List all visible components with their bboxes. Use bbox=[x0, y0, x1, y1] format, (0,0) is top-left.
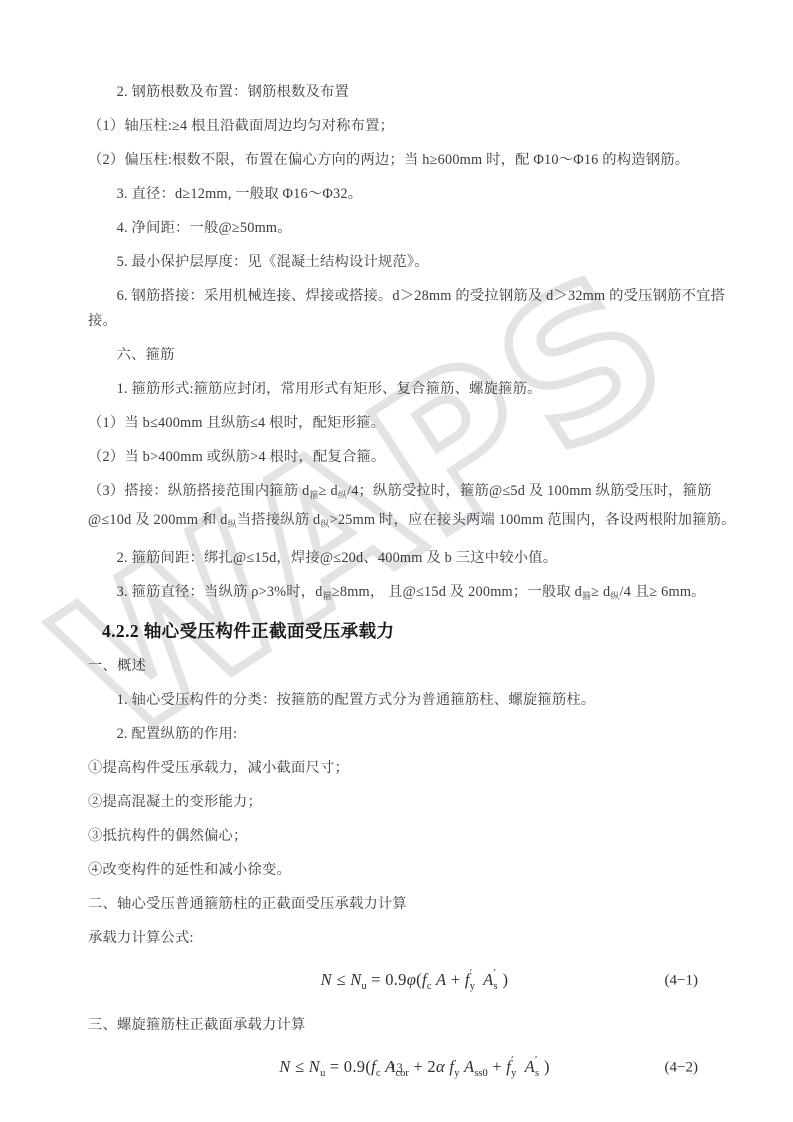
paragraph: 一、概述 bbox=[88, 654, 741, 679]
paragraph: 三、螺旋箍筋柱正截面承载力计算 bbox=[88, 1013, 741, 1038]
paragraph: 六、箍筋 bbox=[88, 343, 741, 368]
paragraph: 1. 箍筋形式:箍筋应封闭，常用形式有矩形、复合箍筋、螺旋箍筋。 bbox=[88, 377, 741, 402]
paragraph: ①提高构件受压承载力，减小截面尺寸； bbox=[88, 756, 741, 781]
paragraph: 4. 净间距：一般@≥50mm。 bbox=[88, 216, 741, 241]
paragraph: 2. 配置纵筋的作用: bbox=[88, 722, 741, 747]
paragraph: （2）当 b>400mm 或纵筋>4 根时，配复合箍。 bbox=[88, 445, 741, 470]
paragraph: 1. 轴心受压构件的分类：按箍筋的配置方式分为普通箍筋柱、螺旋箍筋柱。 bbox=[88, 688, 741, 713]
paragraph: （1）轴压柱:≥4 根且沿截面周边均匀对称布置； bbox=[88, 114, 741, 139]
paragraph: 3. 箍筋直径：当纵筋 ρ>3%时，d箍≥8mm， 且@≤15d 及 200mm… bbox=[88, 580, 741, 609]
formula-4-1: N ≤ Nu = 0.9φ(fc A + f′y A′s)(4−1) bbox=[88, 965, 741, 997]
prime-subscript: ′s bbox=[494, 970, 503, 992]
paragraph: （2）偏压柱:根数不限，布置在偏心方向的两边；当 h≥600mm 时，配 Φ10… bbox=[88, 148, 741, 173]
section-heading: 4.2.2 轴心受压构件正截面受压承载力 bbox=[102, 618, 741, 644]
equation-number: (4−1) bbox=[665, 973, 698, 990]
page-number: 13 bbox=[0, 1061, 793, 1076]
paragraph: 承载力计算公式: bbox=[88, 926, 741, 951]
document-page: WAPS 2. 钢筋根数及布置：钢筋根数及布置（1）轴压柱:≥4 根且沿截面周边… bbox=[0, 0, 793, 1122]
paragraph: 2. 钢筋根数及布置：钢筋根数及布置 bbox=[88, 80, 741, 105]
paragraph: 2. 箍筋间距：绑扎@≤15d，焊接@≤20d、400mm 及 b 三这中较小值… bbox=[88, 546, 741, 571]
paragraph: ②提高混凝土的变形能力； bbox=[88, 790, 741, 815]
document-body: 2. 钢筋根数及布置：钢筋根数及布置（1）轴压柱:≥4 根且沿截面周边均匀对称布… bbox=[88, 80, 741, 1084]
paragraph: （1）当 b≤400mm 且纵筋≤4 根时，配矩形箍。 bbox=[88, 411, 741, 436]
prime-subscript: ′y bbox=[470, 970, 479, 992]
paragraph: 3. 直径：d≥12mm, 一般取 Φ16～Φ32。 bbox=[88, 182, 741, 207]
paragraph: ③抵抗构件的偶然偏心； bbox=[88, 824, 741, 849]
paragraph: 6. 钢筋搭接：采用机械连接、焊接或搭接。d＞28mm 的受拉钢筋及 d＞32m… bbox=[88, 284, 741, 334]
formula-expression: N ≤ Nu = 0.9φ(fc A + f′y A′s) bbox=[321, 970, 509, 992]
paragraph: 二、轴心受压普通箍筋柱的正截面受压承载力计算 bbox=[88, 892, 741, 917]
paragraph: （3）搭接：纵筋搭接范围内箍筋 d箍≥ d纵/4；纵筋受拉时，箍筋@≤5d 及 … bbox=[88, 479, 741, 537]
paragraph: 5. 最小保护层厚度：见《混凝土结构设计规范》。 bbox=[88, 250, 741, 275]
paragraph: ④改变构件的延性和减小徐变。 bbox=[88, 858, 741, 883]
